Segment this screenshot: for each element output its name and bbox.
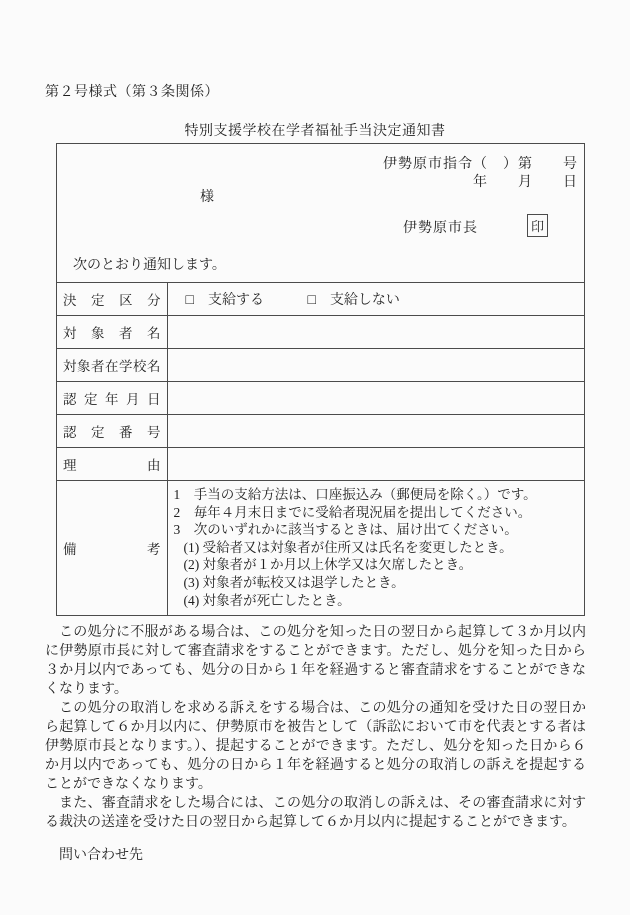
row-label-target-name: 対象者名 — [57, 316, 167, 349]
row-label-certification-date: 認定年月日 — [57, 382, 167, 415]
remark-subitem-4: (4) 対象者が死亡したとき。 — [174, 592, 577, 610]
notice-line: 次のとおり通知します。 — [73, 254, 226, 274]
form-table: 決定区分 □支給する □支給しない 対象者名 対象者在学校名 認定年月日 認定番… — [57, 282, 584, 615]
grant-option-label: 支給する — [208, 293, 264, 308]
table-row-target-name: 対象者名 — [57, 316, 584, 349]
remark-item-3: 3 次のいずれかに該当するときは、届け出てください。 — [174, 521, 577, 539]
remark-subitem-1: (1) 受給者又は対象者が住所又は氏名を変更したとき。 — [174, 539, 577, 557]
table-row-certification-date: 認定年月日 — [57, 382, 584, 415]
target-name-field[interactable] — [167, 316, 584, 349]
grant-option: □支給する — [186, 293, 264, 308]
appeal-instructions: この処分に不服がある場合は、この処分を知った日の翌日から起算して３か月以内に伊勢… — [45, 623, 586, 865]
no-grant-option-label: 支給しない — [330, 293, 400, 308]
document-page: { "colors": { "ink": "#1e1e1e", "border"… — [0, 0, 630, 915]
date-line: 年 月 日 — [473, 171, 578, 191]
remark-item-2: 2 毎年４月末日までに受給者現況届を提出してください。 — [174, 504, 577, 522]
table-row-remarks: 備考 1 手当の支給方法は、口座振込み（郵便局を除く。）です。 2 毎年４月末日… — [57, 481, 584, 616]
letterhead-section: 伊勢原市指令（ ）第 号 年 月 日 様 伊勢原市長 印 次のとおり通知します。 — [57, 144, 584, 282]
remarks-cell: 1 手当の支給方法は、口座振込み（郵便局を除く。）です。 2 毎年４月末日までに… — [167, 481, 584, 616]
row-label-remarks: 備考 — [57, 481, 167, 616]
row-label-reason: 理由 — [57, 448, 167, 481]
appeal-paragraph-3: また、審査請求をした場合には、この処分の取消しの訴えは、その審査請求に対する裁決… — [45, 794, 586, 832]
contact-label: 問い合わせ先 — [45, 846, 586, 865]
seal-box: 印 — [527, 214, 548, 237]
row-label-school-name: 対象者在学校名 — [57, 349, 167, 382]
mayor-name: 伊勢原市長 — [403, 217, 478, 237]
directive-number-line: 伊勢原市指令（ ）第 号 — [383, 153, 578, 173]
table-row-decision: 決定区分 □支給する □支給しない — [57, 283, 584, 316]
appeal-paragraph-1: この処分に不服がある場合は、この処分を知った日の翌日から起算して３か月以内に伊勢… — [45, 623, 586, 699]
notice-form-box: 伊勢原市指令（ ）第 号 年 月 日 様 伊勢原市長 印 次のとおり通知します。… — [56, 143, 585, 616]
no-grant-checkbox-icon[interactable]: □ — [307, 293, 315, 309]
document-title: 特別支援学校在学者福祉手当決定通知書 — [0, 120, 630, 140]
table-row-school-name: 対象者在学校名 — [57, 349, 584, 382]
form-number: 第２号様式（第３条関係） — [45, 81, 219, 101]
addressee-suffix: 様 — [200, 186, 214, 206]
row-label-certification-number: 認定番号 — [57, 415, 167, 448]
remark-subitem-2: (2) 対象者が１か月以上休学又は欠席したとき。 — [174, 556, 577, 574]
school-name-field[interactable] — [167, 349, 584, 382]
table-row-reason: 理由 — [57, 448, 584, 481]
appeal-paragraph-2: この処分の取消しを求める訴えをする場合は、この処分の通知を受けた日の翌日から起算… — [45, 699, 586, 794]
reason-field[interactable] — [167, 448, 584, 481]
remark-item-1: 1 手当の支給方法は、口座振込み（郵便局を除く。）です。 — [174, 486, 577, 504]
no-grant-option: □支給しない — [307, 293, 399, 308]
remark-subitem-3: (3) 対象者が転校又は退学したとき。 — [174, 574, 577, 592]
seal-character: 印 — [531, 216, 544, 235]
grant-checkbox-icon[interactable]: □ — [186, 293, 194, 309]
decision-value-cell: □支給する □支給しない — [167, 283, 584, 316]
row-label-decision: 決定区分 — [57, 283, 167, 316]
certification-date-field[interactable] — [167, 382, 584, 415]
certification-number-field[interactable] — [167, 415, 584, 448]
table-row-certification-number: 認定番号 — [57, 415, 584, 448]
